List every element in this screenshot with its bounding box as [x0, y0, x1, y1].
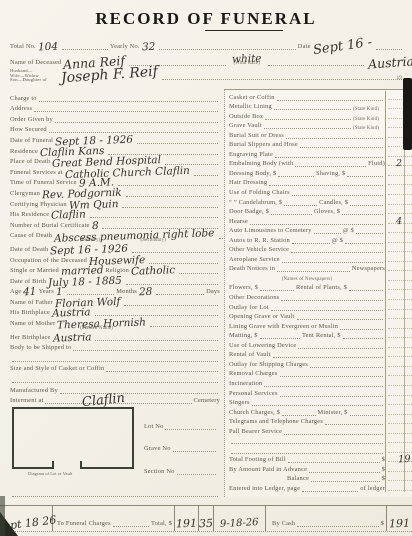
header-row-numbers: Total No. 104 Yearly No. 32 Date Sept 16… — [10, 35, 404, 50]
printed-label: Occupation of the Deceased — [10, 257, 87, 264]
dotted-leader — [179, 266, 218, 274]
dotted-leader — [302, 484, 358, 492]
money-cell — [385, 435, 412, 445]
money-cell — [385, 311, 412, 321]
dotted-leader — [165, 422, 216, 430]
printed-label: Outside Box — [229, 113, 263, 120]
form-row: Dressing Body, $Shaving, $ — [229, 167, 412, 177]
form-row: Telegrams and Telephone Charges — [229, 416, 412, 426]
printed-label: Days — [206, 288, 220, 295]
dotted-leader — [345, 236, 383, 244]
dotted-leader — [278, 169, 314, 177]
printed-label: Age — [10, 288, 21, 295]
dotted-leader — [300, 140, 383, 148]
dotted-leader — [273, 350, 383, 358]
printed-label: Clergyman — [10, 190, 40, 197]
dotted-leader — [62, 42, 108, 50]
scan-edge-artifact — [403, 78, 412, 150]
dotted-leader — [286, 131, 383, 139]
dotted-leader — [314, 226, 341, 234]
printed-label: Hair Dressing — [229, 179, 267, 186]
amount-entry: 2 — [396, 160, 402, 168]
printed-label: Metallic Lining — [229, 103, 272, 110]
money-cell — [385, 253, 412, 263]
dotted-leader — [113, 519, 149, 527]
printed-label: of ledger — [360, 485, 385, 492]
form-row: Occupation of the DeceasedHousewife — [10, 253, 220, 264]
form-row: Hearse4 — [229, 215, 412, 225]
money-cell — [385, 339, 412, 349]
section-no-label: Section No — [144, 468, 175, 475]
money-cell — [385, 416, 412, 426]
money-cell — [385, 444, 412, 454]
amount-entry: 191 — [398, 456, 412, 465]
printed-label: Tent Rental, $ — [302, 332, 341, 339]
money-cell — [385, 186, 412, 196]
dotted-leader — [277, 264, 350, 272]
header-row-relation: Husband— Wife—Widow Son—Daughter of Jose… — [10, 66, 404, 86]
race-field: white (What Race) — [230, 59, 264, 66]
printed-label: Cause of Death — [10, 232, 52, 239]
handwritten-entry: married — [61, 266, 104, 275]
money-cell — [385, 425, 412, 435]
form-row: Funeral Services atCatholic Church Clafl… — [10, 165, 220, 176]
printed-label: Address — [10, 105, 32, 112]
form-row: Other Decorations — [229, 291, 412, 301]
form-row: Church Charges, $Minister, $ — [229, 406, 412, 416]
left-column: Charge toAddressOrder Given byHow Secure… — [0, 89, 224, 497]
form-row: Outlay for Lot — [229, 301, 412, 311]
form-row — [10, 372, 220, 383]
printed-label: Total Footing of Bill — [229, 456, 286, 463]
printed-label: Interment at — [10, 397, 43, 404]
printed-label: Matting, $ — [229, 332, 258, 339]
printed-label: Church Charges, $ — [229, 409, 280, 416]
printed-label: Auto Limousines to Cemetery — [229, 227, 312, 234]
form-row: Autos to R. R. Station@ $ — [229, 234, 412, 244]
dotted-leader — [280, 389, 383, 397]
dotted-leader — [159, 42, 296, 50]
lot-diagram-notch — [52, 461, 82, 469]
dotted-leader — [149, 256, 218, 264]
dotted-leader — [150, 319, 218, 327]
scan-corner-artifact — [0, 496, 5, 536]
printed-label: Engraving Plate — [229, 151, 273, 158]
printed-label: Burial Slippers and Hose — [229, 141, 298, 148]
dotted-leader — [90, 210, 218, 218]
printed-label: Newspapers — [352, 265, 385, 272]
money-cell — [385, 301, 412, 311]
printed-label: How Secured — [10, 126, 47, 133]
grave-no-label: Grave No — [144, 445, 171, 452]
form-body: Charge toAddressOrder Given byHow Secure… — [0, 89, 412, 497]
dotted-leader — [282, 255, 383, 263]
money-cell — [385, 482, 412, 492]
dotted-leader — [95, 333, 218, 341]
dotted-leader — [376, 42, 402, 50]
dotted-leader — [284, 427, 383, 435]
dotted-leader — [231, 446, 383, 454]
dotted-leader — [118, 178, 218, 186]
dotted-leader — [55, 115, 218, 123]
printed-label: “ ” Candelabrum, $ — [229, 199, 282, 206]
printed-label: Dressing Body, $ — [229, 170, 276, 177]
dotted-leader — [349, 283, 383, 291]
dotted-leader — [95, 308, 219, 316]
printed-label: Certifying Physician — [10, 201, 67, 208]
year-print: 19 — [397, 75, 402, 82]
field-row: Lot No — [144, 420, 218, 430]
printed-label: Flowers, $ — [229, 284, 258, 291]
page-title: RECORD OF FUNERAL — [0, 9, 412, 29]
dotted-leader — [291, 245, 383, 253]
dotted-leader — [156, 287, 204, 295]
form-row: “ ” Candelabrum, $Candles, $ — [229, 196, 412, 206]
printed-label: Shaving, $ — [316, 170, 345, 177]
form-row: Name of MotherTheresa Hornish — [10, 316, 220, 327]
name-of-deceased-label: Name of Deceased — [10, 59, 61, 66]
money-cell — [385, 177, 412, 187]
form-row: Other Vehicle Service — [229, 244, 412, 254]
dotted-leader — [297, 312, 383, 320]
dotted-leader — [67, 287, 115, 295]
dotted-leader — [126, 189, 218, 197]
dotted-leader — [325, 417, 383, 425]
printed-label: Residence — [10, 148, 38, 155]
money-cell — [385, 206, 412, 216]
handwritten-entry: Austria — [52, 333, 91, 342]
diagram-caption: Diagram of Lot or Vault — [28, 471, 72, 476]
charges-list: Casket or CoffinMetallic Lining(State Ki… — [229, 91, 412, 492]
form-row: Aeroplane Service — [229, 253, 412, 263]
printed-label: Date of Birth — [10, 278, 46, 285]
dotted-leader — [292, 188, 383, 196]
dotted-leader — [343, 331, 383, 339]
printed-label: Fluid) — [368, 160, 385, 167]
dotted-leader — [124, 298, 218, 306]
money-cell — [385, 358, 412, 368]
nationality-entry: Austria — [368, 57, 412, 68]
dotted-leader — [274, 102, 351, 110]
form-row: Size and Style of Casket or Coffin — [10, 362, 220, 373]
handwritten-entry: 28 — [139, 288, 153, 296]
printed-label: Minister, $ — [318, 409, 348, 416]
form-row: Date of BirthJuly 18 - 1885 — [10, 274, 220, 285]
form-row: Body to be Shipped to — [10, 341, 220, 352]
printed-label: @ $ — [332, 237, 343, 244]
printed-label: Years — [39, 288, 54, 295]
money-cell — [385, 263, 412, 273]
amount-entry: 4 — [396, 218, 402, 226]
printed-label: Charge to — [10, 95, 37, 102]
money-cell — [385, 368, 412, 378]
printed-label: Months — [116, 288, 137, 295]
form-row: Outside Box(State Kind) — [229, 110, 412, 120]
charges-column: Casket or CoffinMetallic Lining(State Ki… — [224, 89, 412, 497]
dotted-leader — [12, 491, 218, 497]
total-label: Total, $ — [151, 520, 172, 527]
dotted-leader — [250, 217, 383, 225]
yearly-no-label: Yearly No. — [110, 43, 140, 50]
form-row: Date of FuneralSept 18 - 1926 — [10, 133, 220, 144]
handwritten-entry: Austria — [52, 309, 91, 318]
dotted-leader — [49, 125, 218, 133]
handwritten-entry: 1 — [56, 288, 63, 296]
money-cell — [385, 473, 412, 483]
printed-label: His Birthplace — [10, 309, 50, 316]
footer-cash-amount-cell: 191 — [386, 506, 412, 531]
printed-label: Her Birthplace — [10, 334, 51, 341]
form-row: Outlay for Shipping Charges — [229, 358, 412, 368]
printed-label: Hearse — [229, 218, 248, 225]
form-row: Opening Grave or Vault — [229, 311, 412, 321]
form-row: Entered into Ledger, pageof ledger — [229, 482, 412, 492]
printed-label: Burial Suit or Dress — [229, 132, 284, 139]
total-no-entry: 104 — [38, 43, 58, 52]
form-row — [229, 444, 412, 454]
form-row: Auto Limousines to Cemetery@ $ — [229, 225, 412, 235]
paid-date-entry: 9-18-26 — [220, 519, 259, 529]
date-label: Date — [298, 43, 311, 50]
dotted-leader — [295, 159, 366, 167]
dotted-leader — [282, 408, 315, 416]
form-row: Date of DeathSept 16 - 1926 — [10, 242, 220, 253]
by-cash-amount-entry: 191 — [389, 520, 410, 529]
dotted-leader — [126, 277, 218, 285]
dotted-leader — [177, 467, 216, 475]
dotted-leader — [340, 322, 383, 330]
money-cell — [385, 377, 412, 387]
printed-label: Rental of Vault — [229, 351, 271, 358]
printed-label: Date of Funeral — [10, 137, 53, 144]
dotted-leader — [194, 168, 218, 176]
relation-line: Son—Daughter of — [10, 78, 47, 83]
printed-label: Date of Death — [10, 246, 48, 253]
form-row: Hair Dressing — [229, 177, 412, 187]
dotted-leader — [173, 444, 216, 452]
left-fields-list: Charge toAddressOrder Given byHow Secure… — [10, 91, 220, 404]
dotted-leader — [284, 198, 317, 206]
dotted-leader — [108, 147, 218, 155]
lot-no-label: Lot No — [144, 423, 163, 430]
dotted-leader — [132, 245, 218, 253]
form-row: Embalming Body (withFluid)2 — [229, 158, 412, 168]
handwritten-entry: Sept 16 - 1926 — [50, 245, 128, 256]
form-row: Flowers, $Rental of Plants, $ — [229, 282, 412, 292]
printed-label: Place of Death — [10, 158, 50, 165]
form-row: Use of Lowering Device — [229, 339, 412, 349]
money-cell — [385, 406, 412, 416]
footer-amount-cell: 191 — [174, 506, 198, 531]
handwritten-entry: Catholic — [131, 266, 175, 276]
dotted-leader — [12, 375, 218, 383]
dotted-leader — [271, 303, 383, 311]
trailing-dotted-line — [10, 491, 220, 497]
form-row: How Secured — [10, 123, 220, 134]
form-row: Incineration — [229, 377, 412, 387]
form-row: Use of Folding Chairs — [229, 186, 412, 196]
form-row: Pall Bearer Service — [229, 425, 412, 435]
handwritten-entry: 41 — [23, 288, 37, 296]
dotted-leader — [271, 207, 312, 215]
money-cell — [385, 387, 412, 397]
dotted-leader — [162, 72, 402, 80]
dotted-leader — [264, 121, 351, 129]
printed-label: Size and Style of Casket or Coffin — [10, 365, 104, 372]
form-row: Singers — [229, 397, 412, 407]
charges-cents-entry: 35 — [199, 520, 213, 528]
printed-label: Outlay for Lot — [229, 304, 269, 311]
form-row: Door Badge, $Gloves, $ — [229, 206, 412, 216]
by-cash-label: By Cash — [272, 520, 295, 527]
dotted-leader — [350, 198, 383, 206]
dotted-leader — [280, 369, 384, 377]
printed-label: Grave Vault — [229, 122, 262, 129]
printed-label: Entered into Ledger, page — [229, 485, 300, 492]
printed-label: Door Badge, $ — [229, 208, 269, 215]
footer-cash-cell: By Cash $ — [265, 506, 386, 531]
form-row: Charge to — [10, 91, 220, 102]
dotted-leader — [277, 93, 383, 101]
charges-amount-entry: 191 — [176, 520, 197, 529]
form-row: Removal Charges — [229, 368, 412, 378]
form-row: Casket or Coffin — [229, 91, 412, 101]
money-cell — [385, 330, 412, 340]
money-cell — [385, 320, 412, 330]
dotted-leader — [231, 436, 383, 444]
printed-label: Aeroplane Service — [229, 256, 280, 263]
dotted-leader — [219, 231, 225, 239]
form-row — [229, 435, 412, 445]
footer-paid-date-cell: 9-18-26 — [213, 506, 265, 531]
dotted-leader — [260, 283, 294, 291]
dotted-leader — [298, 341, 383, 349]
dotted-leader — [275, 150, 383, 158]
lot-diagram-box: Claflin Diagram of Lot or Vault — [12, 407, 134, 469]
form-row: Lining Grave with Evergreen or Muslin — [229, 320, 412, 330]
money-cell — [385, 196, 412, 206]
dotted-leader — [106, 364, 218, 372]
printed-label: Order Given by — [10, 116, 53, 123]
dotted-leader — [73, 343, 218, 351]
dotted-leader — [347, 169, 383, 177]
money-cell — [385, 282, 412, 292]
form-paper: RECORD OF FUNERAL Total No. 104 Yearly N… — [0, 0, 412, 536]
dotted-leader — [165, 157, 218, 165]
form-row: Death Notices inNewspapers — [229, 263, 412, 273]
dotted-leader — [252, 398, 383, 406]
printed-label: @ $ — [343, 227, 354, 234]
relation-label: Husband— Wife—Widow Son—Daughter of — [10, 69, 47, 83]
printed-label: Opening Grave or Vault — [229, 313, 295, 320]
dotted-leader — [264, 379, 383, 387]
form-row: Total Footing of Bill$191 — [229, 454, 412, 464]
form-row: Metallic Lining(State Kind) — [229, 101, 412, 111]
dotted-leader — [265, 112, 351, 120]
dotted-leader — [137, 136, 218, 144]
printed-label: Body to be Shipped to — [10, 344, 71, 351]
printed-label: Incineration — [229, 380, 262, 387]
form-row: Matting, $Tent Rental, $ — [229, 330, 412, 340]
form-row: Her BirthplaceAustria — [10, 330, 220, 341]
dotted-leader — [60, 386, 218, 394]
printed-label: His Residence — [10, 211, 49, 218]
money-cell — [385, 272, 412, 282]
form-row: Name of FatherFlorian Wolf — [10, 295, 220, 306]
form-row: Burial Slippers and Hose — [229, 139, 412, 149]
printed-label: Death Notices in — [229, 265, 275, 272]
printed-label: Embalming Body (with — [229, 160, 293, 167]
form-row: Address — [10, 102, 220, 113]
money-cell — [385, 291, 412, 301]
printed-label: Name of Father — [10, 299, 53, 306]
dotted-leader — [292, 236, 330, 244]
money-cell — [385, 397, 412, 407]
diagram-area: Claflin Diagram of Lot or Vault Lot No G… — [10, 407, 220, 483]
relation-entry: Joseph F. Reif — [61, 67, 158, 82]
field-row: Grave No — [144, 442, 218, 452]
footer-charges-cell: To Funeral Charges Total, $ — [52, 506, 174, 531]
dotted-leader — [350, 408, 383, 416]
footer-cents-cell: 35 — [198, 506, 213, 531]
footer-ledger-row: Sept 18 26 To Funeral Charges Total, $ 1… — [0, 505, 412, 532]
dotted-leader — [342, 207, 383, 215]
dotted-leader — [281, 293, 383, 301]
form-row: Cause of DeathAbscess pneumonia right lo… — [10, 229, 220, 240]
form-header: Total No. 104 Yearly No. 32 Date Sept 16… — [10, 35, 404, 86]
money-cell — [385, 234, 412, 244]
interment-entry: Claflin — [82, 395, 126, 407]
printed-label: Manufactured By — [10, 387, 58, 394]
handwritten-entry: Claflin Kans — [40, 146, 105, 156]
yearly-no-entry: 32 — [142, 43, 156, 51]
handwritten-entry: Theresa Hornish — [57, 319, 146, 330]
printed-label: Singers — [229, 399, 250, 406]
dollar-sign: $ — [381, 520, 384, 527]
form-row: Personal Services — [229, 387, 412, 397]
form-row: By Amount Paid in Advance$ — [229, 463, 412, 473]
form-row: ClergymanRev. Podgornik — [10, 186, 220, 197]
handwritten-entry: 8 — [91, 222, 98, 230]
dotted-leader — [269, 178, 383, 186]
money-cell: 2 — [385, 158, 412, 168]
form-row: Rental of Vault — [229, 349, 412, 359]
printed-label: Single or Married — [10, 267, 59, 274]
printed-label: Number of Burial Certificate — [10, 222, 90, 229]
printed-label: Other Decorations — [229, 294, 279, 301]
race-entry: white — [232, 54, 262, 63]
caption-row: (Names of Newspapers) — [229, 272, 412, 282]
printed-label: Candles, $ — [319, 199, 348, 206]
printed-label: Gloves, $ — [314, 208, 340, 215]
dotted-leader — [311, 474, 380, 482]
printed-label: Use of Folding Chairs — [229, 189, 290, 196]
money-cell: 4 — [385, 215, 412, 225]
form-row: Grave Vault(State Kind) — [229, 120, 412, 130]
printed-label: Lining Grave with Evergreen or Muslin — [229, 323, 338, 330]
printed-label: Personal Services — [229, 390, 278, 397]
printed-label: Telegrams and Telephone Charges — [229, 418, 323, 425]
printed-label: Pall Bearer Service — [229, 428, 282, 435]
dotted-leader — [310, 360, 383, 368]
handwritten-entry: Claflin — [51, 211, 86, 220]
printed-label: Removal Charges — [229, 370, 278, 377]
dotted-leader — [297, 519, 378, 527]
printed-label: Religion — [105, 267, 129, 274]
money-cell — [385, 244, 412, 254]
printed-label: Use of Lowering Device — [229, 342, 296, 349]
dotted-leader — [260, 331, 300, 339]
